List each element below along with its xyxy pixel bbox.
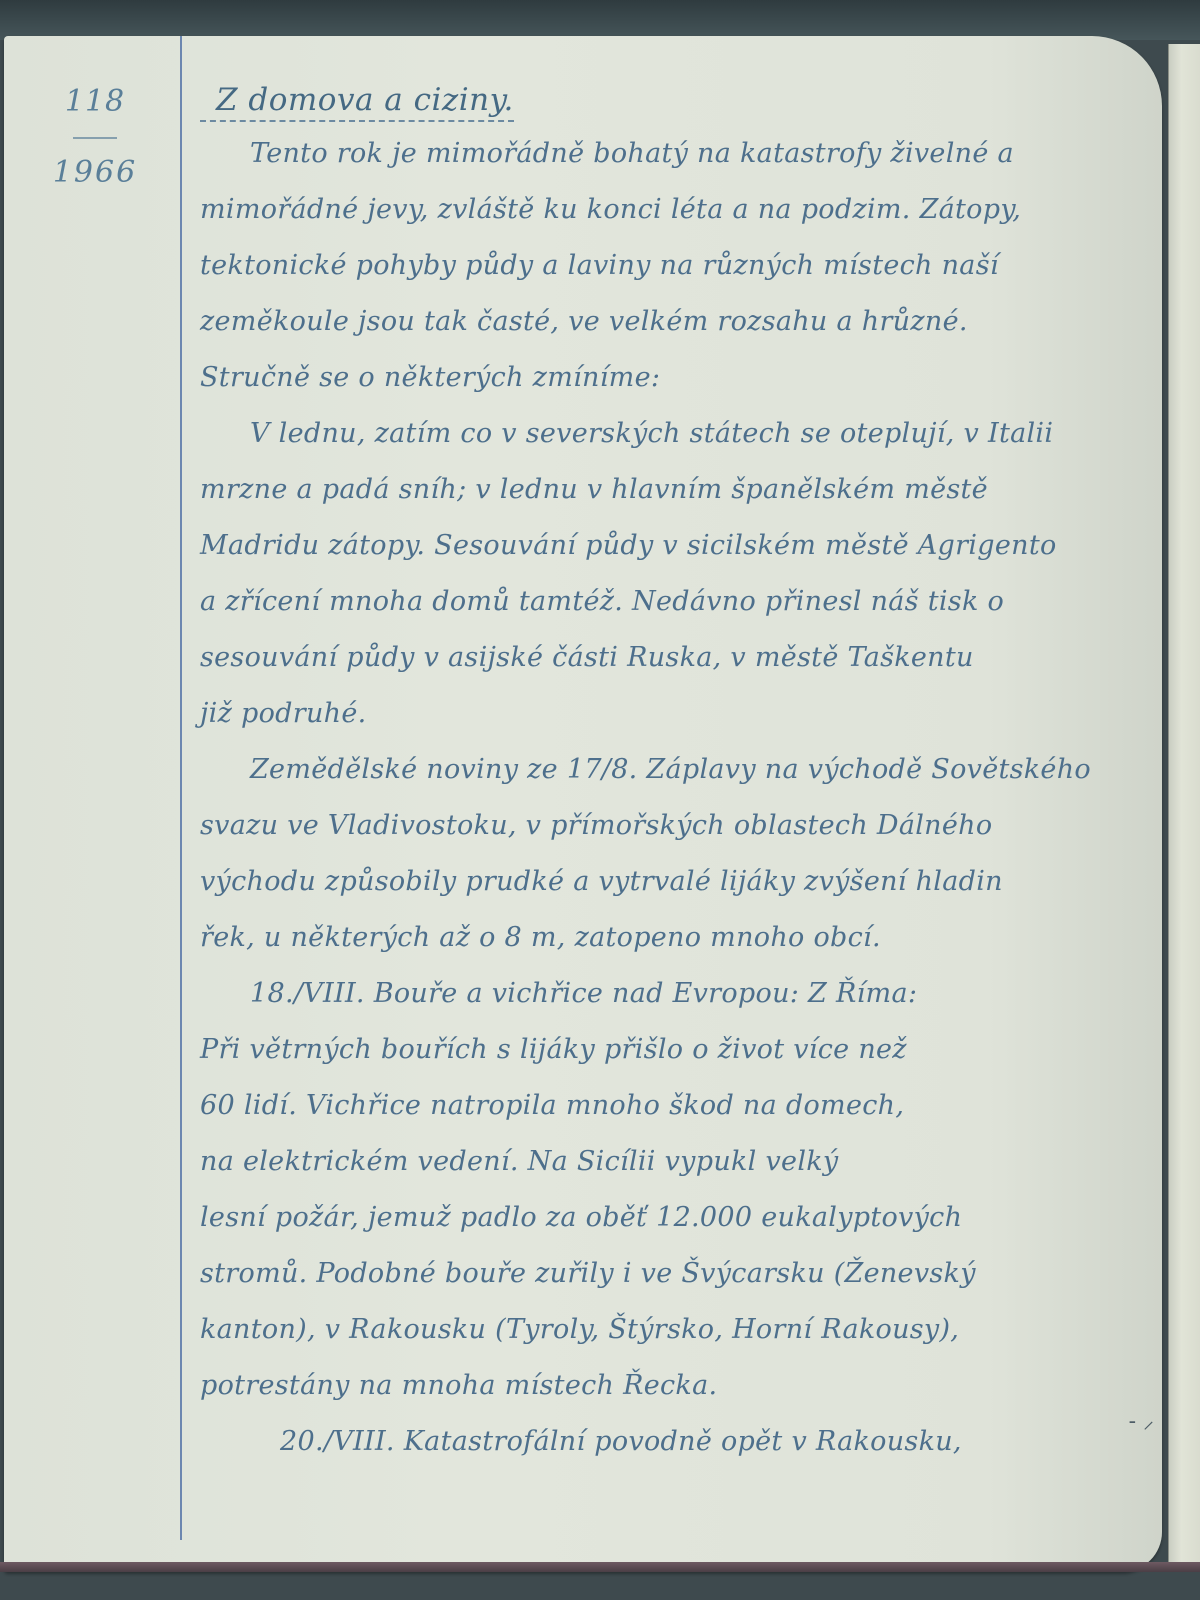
text-line: lesní požár, jemuž padlo za oběť 12.000 … <box>200 1190 1100 1246</box>
text-line: sesouvání půdy v asijské části Ruska, v … <box>200 630 1100 686</box>
text-line: Madridu zátopy. Sesouvání půdy v sicilsk… <box>200 518 1100 574</box>
text-line: 20./VIII. Katastrofální povodně opět v R… <box>200 1414 1100 1470</box>
text-line: Zemědělské noviny ze 17/8. Záplavy na vý… <box>200 742 1100 798</box>
text-line: Tento rok je mimořádně bohatý na katastr… <box>200 126 1100 182</box>
text-line: a zřícení mnoha domů tamtéž. Nedávno při… <box>200 574 1100 630</box>
page-number: 118 <box>40 84 150 119</box>
text-line: řek, u některých až o 8 m, zatopeno mnoh… <box>200 910 1100 966</box>
text-line: V lednu, zatím co v severských státech s… <box>200 406 1100 462</box>
text-line: mimořádné jevy, zvláště ku konci léta a … <box>200 182 1100 238</box>
chronicle-text: Z domova a ciziny. Tento rok je mimořádn… <box>200 82 1100 1470</box>
text-line: stromů. Podobné bouře zuřily i ve Švýcar… <box>200 1246 1100 1302</box>
text-line: Stručně se o některých zmíníme: <box>200 350 1100 406</box>
text-line: 18./VIII. Bouře a vichřice nad Evropou: … <box>200 966 1100 1022</box>
text-line: kanton), v Rakousku (Tyroly, Štýrsko, Ho… <box>200 1302 1100 1358</box>
margin-rule <box>180 36 182 1540</box>
next-page-edge <box>1168 44 1200 1564</box>
text-line: mrzne a padá sníh; v lednu v hlavním špa… <box>200 462 1100 518</box>
text-line: východu způsobily prudké a vytrvalé lijá… <box>200 854 1100 910</box>
margin-divider <box>73 137 117 139</box>
background-top <box>0 0 1200 40</box>
text-line: 60 lidí. Vichřice natropila mnoho škod n… <box>200 1078 1100 1134</box>
text-line: tektonické pohyby půdy a laviny na různý… <box>200 238 1100 294</box>
page-stack-edge <box>0 1562 1200 1572</box>
text-line: na elektrickém vedení. Na Sicílii vypukl… <box>200 1134 1100 1190</box>
text-line: Při větrných bouřích s lijáky přišlo o ž… <box>200 1022 1100 1078</box>
margin-annotation: 118 1966 <box>40 84 150 190</box>
year-label: 1966 <box>40 155 150 190</box>
text-line: již podruhé. <box>200 686 1100 742</box>
text-line: potrestány na mnoha místech Řecka. <box>200 1358 1100 1414</box>
text-line: svazu ve Vladivostoku, v přímořských obl… <box>200 798 1100 854</box>
section-heading: Z domova a ciziny. <box>200 82 514 122</box>
text-line: zeměkoule jsou tak časté, ve velkém rozs… <box>200 294 1100 350</box>
pen-mark: - ⸝ <box>1129 1405 1154 1435</box>
